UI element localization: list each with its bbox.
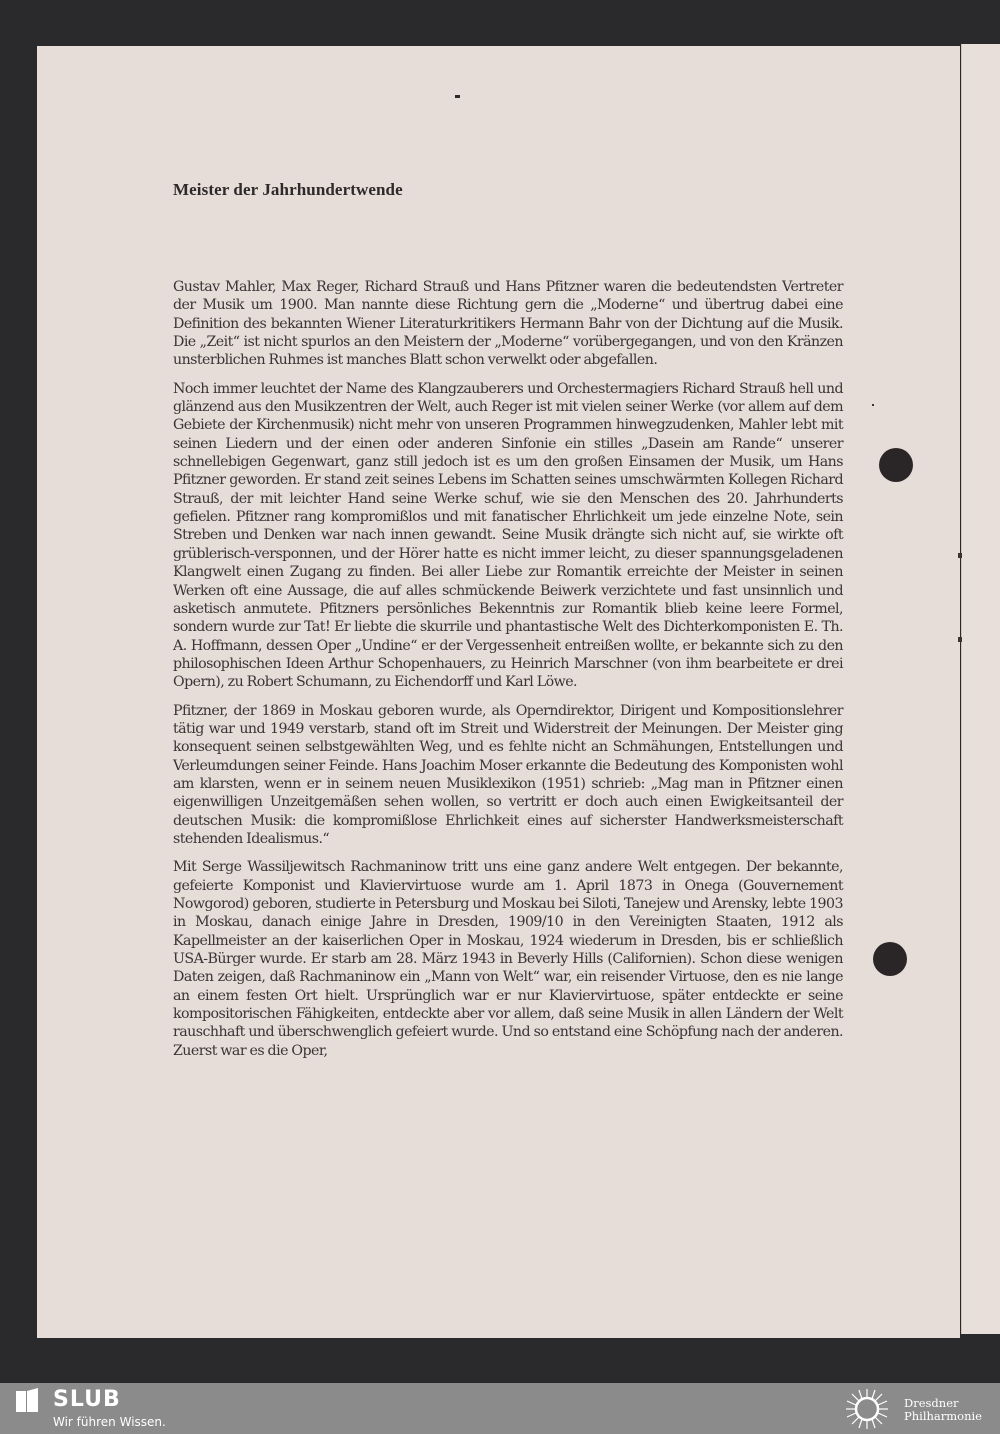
margin-speck [958, 553, 962, 558]
book-icon [14, 1388, 40, 1414]
library-tagline: Wir führen Wissen. [53, 1415, 166, 1429]
print-mark [455, 95, 460, 98]
paragraph: Noch immer leuchtet der Name des Klangza… [173, 380, 843, 692]
page-title: Meister der Jahrhundertwende [173, 180, 843, 200]
paragraph: Pfitzner, der 1869 in Moskau geboren wur… [173, 702, 843, 849]
partner-name-line2: Philharmonie [904, 1410, 982, 1423]
next-page-edge [961, 44, 1000, 1334]
paragraph: Gustav Mahler, Max Reger, Richard Strauß… [173, 278, 843, 370]
page-content: Meister der Jahrhundertwende Gustav Mahl… [173, 180, 843, 1070]
punch-hole-icon [873, 942, 907, 976]
margin-speck [958, 637, 962, 642]
footer-bar: SLUB Wir führen Wissen. Dresdner Philhar… [0, 1383, 1000, 1434]
partner-name[interactable]: Dresdner Philharmonie [904, 1397, 982, 1423]
punch-hole-icon [879, 448, 913, 482]
paragraph: Mit Serge Wassiljewitsch Rachmaninow tri… [173, 858, 843, 1060]
margin-speck [872, 404, 874, 406]
sunburst-ring-icon [842, 1387, 892, 1431]
article-body: Gustav Mahler, Max Reger, Richard Strauß… [173, 278, 843, 1060]
library-name[interactable]: SLUB [53, 1387, 121, 1412]
